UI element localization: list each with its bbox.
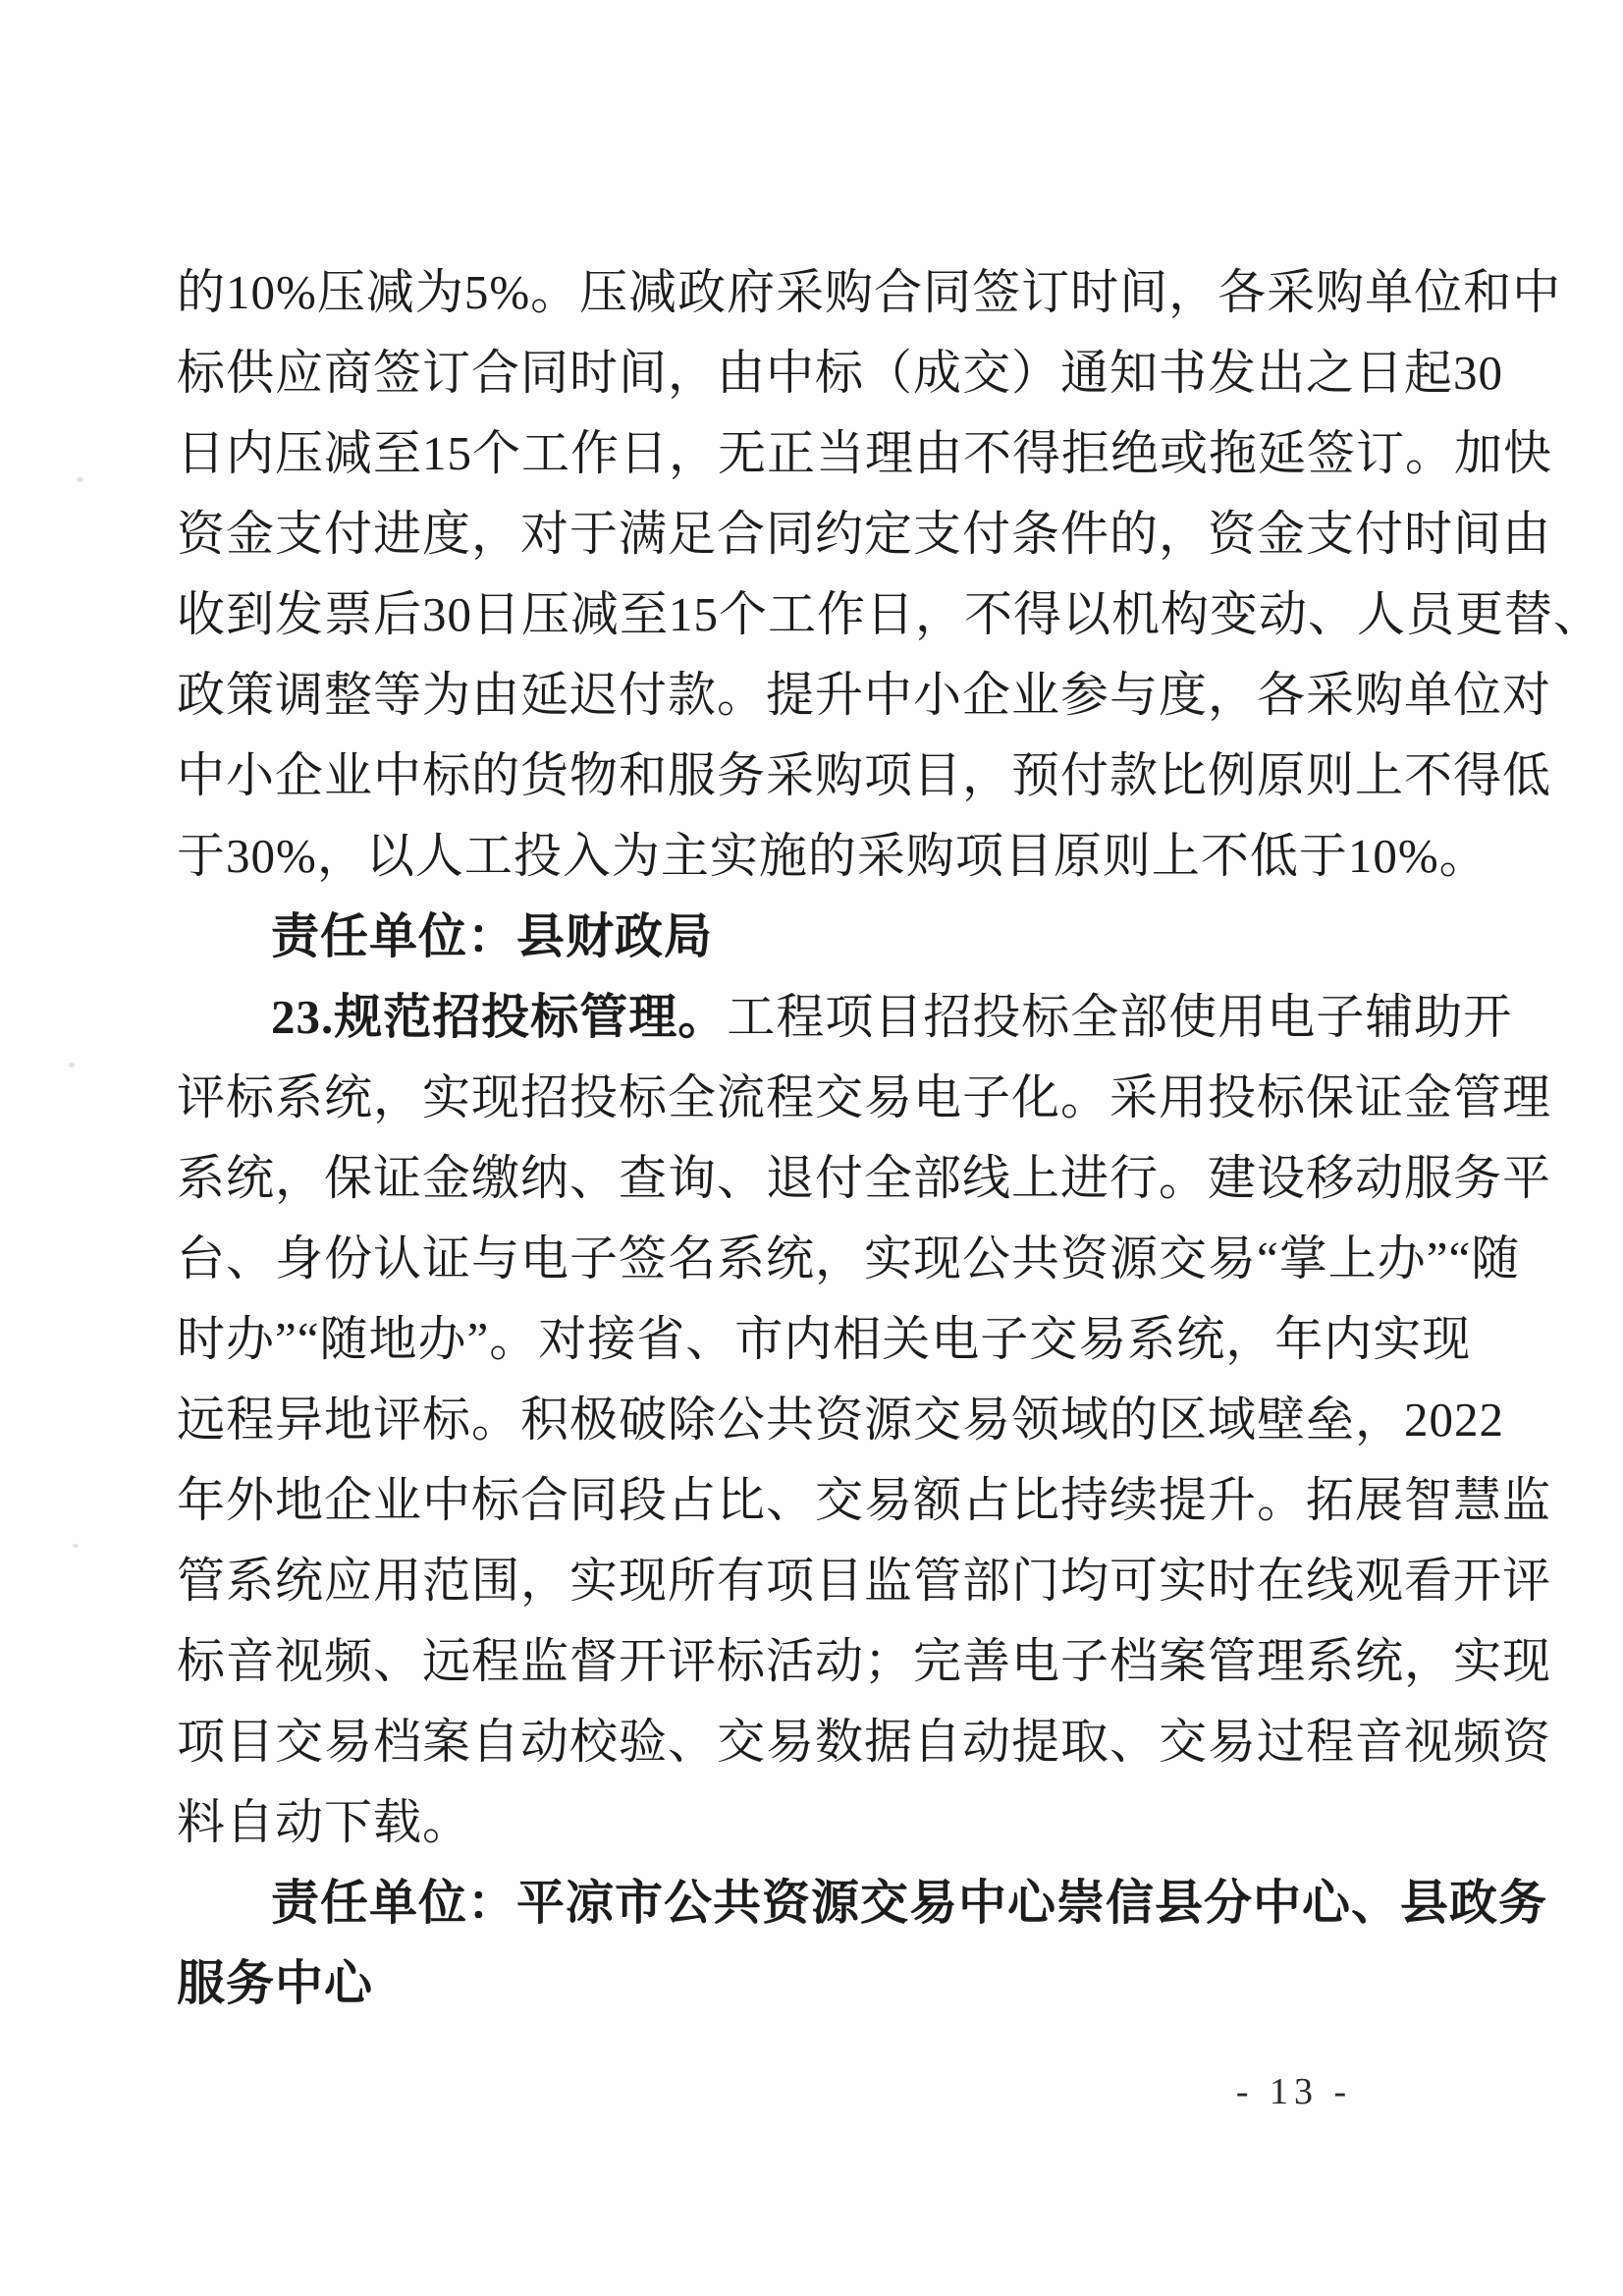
body-text-segment: 政策调整等为由延迟付款。提升中小企业参与度，各采购单位对 — [177, 668, 1551, 722]
body-text-segment: 评标系统，实现招投标全流程交易电子化。采用投标保证金管理 — [177, 1070, 1551, 1124]
text-line: 标音视频、远程监督开评标活动；完善电子档案管理系统，实现 — [177, 1621, 1492, 1702]
scan-speck — [73, 1544, 79, 1548]
text-line: 台、身份认证与电子签名系统，实现公共资源交易“掌上办”“随 — [177, 1219, 1492, 1299]
body-text-segment: 工程项目招投标全部使用电子辅助开 — [727, 990, 1512, 1044]
page-number: - 13 - — [1216, 2070, 1373, 2113]
text-line: 于30%，以人工投入为主实施的采购项目原则上不低于10%。 — [177, 816, 1492, 897]
body-text-segment: 系统，保证金缴纳、查询、退付全部线上进行。建设移动服务平 — [177, 1151, 1551, 1205]
body-text-segment: 年外地企业中标合同段占比、交易额占比持续提升。拓展智慧监 — [177, 1473, 1551, 1527]
bold-text-segment: 服务中心 — [177, 1956, 373, 2010]
text-line: 项目交易档案自动校验、交易数据自动提取、交易过程音视频资 — [177, 1702, 1492, 1782]
body-text-segment: 远程异地评标。积极破除公共资源交易领域的区域壁垒，2022 — [177, 1393, 1504, 1447]
text-line: 责任单位：县财政局 — [177, 897, 1492, 977]
text-line: 标供应商签订合同时间，由中标（成交）通知书发出之日起30 — [177, 333, 1492, 413]
text-line: 中小企业中标的货物和服务采购项目，预付款比例原则上不得低 — [177, 736, 1492, 816]
text-line: 服务中心 — [177, 1943, 1492, 2024]
text-line: 时办”“随地办”。对接省、市内相关电子交易系统，年内实现 — [177, 1299, 1492, 1380]
bold-text-segment: 责任单位：县财政局 — [271, 909, 713, 963]
body-text-segment: 于30%，以人工投入为主实施的采购项目原则上不低于10%。 — [177, 829, 1488, 883]
text-line: 资金支付进度，对于满足合同约定支付条件的，资金支付时间由 — [177, 494, 1492, 574]
text-line: 管系统应用范围，实现所有项目监管部门均可实时在线观看开评 — [177, 1541, 1492, 1621]
body-text-segment: 标音视频、远程监督开评标活动；完善电子档案管理系统，实现 — [177, 1634, 1551, 1688]
bold-text-segment: 23.规范招投标管理。 — [271, 990, 727, 1044]
body-text-segment: 资金支付进度，对于满足合同约定支付条件的，资金支付时间由 — [177, 507, 1551, 561]
body-text-segment: 日内压减至15个工作日，无正当理由不得拒绝或拖延签订。加快 — [177, 426, 1552, 480]
text-line: 系统，保证金缴纳、查询、退付全部线上进行。建设移动服务平 — [177, 1138, 1492, 1219]
body-text-segment: 料自动下载。 — [177, 1795, 471, 1849]
text-line: 远程异地评标。积极破除公共资源交易领域的区域壁垒，2022 — [177, 1380, 1492, 1460]
text-line: 年外地企业中标合同段占比、交易额占比持续提升。拓展智慧监 — [177, 1460, 1492, 1541]
text-line: 的10%压减为5%。压减政府采购合同签订时间，各采购单位和中 — [177, 252, 1492, 333]
body-text-segment: 台、身份认证与电子签名系统，实现公共资源交易“掌上办”“随 — [177, 1231, 1520, 1285]
text-line: 责任单位：平凉市公共资源交易中心崇信县分中心、县政务 — [177, 1863, 1492, 1943]
text-line: 收到发票后30日压减至15个工作日，不得以机构变动、人员更替、 — [177, 574, 1492, 655]
body-text-segment: 管系统应用范围，实现所有项目监管部门均可实时在线观看开评 — [177, 1554, 1551, 1608]
text-line: 政策调整等为由延迟付款。提升中小企业参与度，各采购单位对 — [177, 655, 1492, 736]
text-line: 日内压减至15个工作日，无正当理由不得拒绝或拖延签订。加快 — [177, 413, 1492, 494]
bold-text-segment: 责任单位：平凉市公共资源交易中心崇信县分中心、县政务 — [271, 1876, 1547, 1930]
text-line: 23.规范招投标管理。工程项目招投标全部使用电子辅助开 — [177, 977, 1492, 1058]
document-body: 的10%压减为5%。压减政府采购合同签订时间，各采购单位和中标供应商签订合同时间… — [177, 252, 1492, 2024]
body-text-segment: 项目交易档案自动校验、交易数据自动提取、交易过程音视频资 — [177, 1715, 1551, 1769]
body-text-segment: 中小企业中标的货物和服务采购项目，预付款比例原则上不得低 — [177, 748, 1551, 802]
scan-speck — [77, 477, 83, 482]
text-line: 料自动下载。 — [177, 1782, 1492, 1863]
scanned-document-page: 的10%压减为5%。压减政府采购合同签订时间，各采购单位和中标供应商签订合同时间… — [0, 0, 1623, 2296]
body-text-segment: 标供应商签订合同时间，由中标（成交）通知书发出之日起30 — [177, 346, 1503, 400]
body-text-segment: 收到发票后30日压减至15个工作日，不得以机构变动、人员更替、 — [177, 587, 1602, 641]
text-line: 评标系统，实现招投标全流程交易电子化。采用投标保证金管理 — [177, 1058, 1492, 1138]
body-text-segment: 的10%压减为5%。压减政府采购合同签订时间，各采购单位和中 — [177, 265, 1561, 319]
scan-speck — [69, 1063, 75, 1067]
body-text-segment: 时办”“随地办”。对接省、市内相关电子交易系统，年内实现 — [177, 1312, 1471, 1366]
